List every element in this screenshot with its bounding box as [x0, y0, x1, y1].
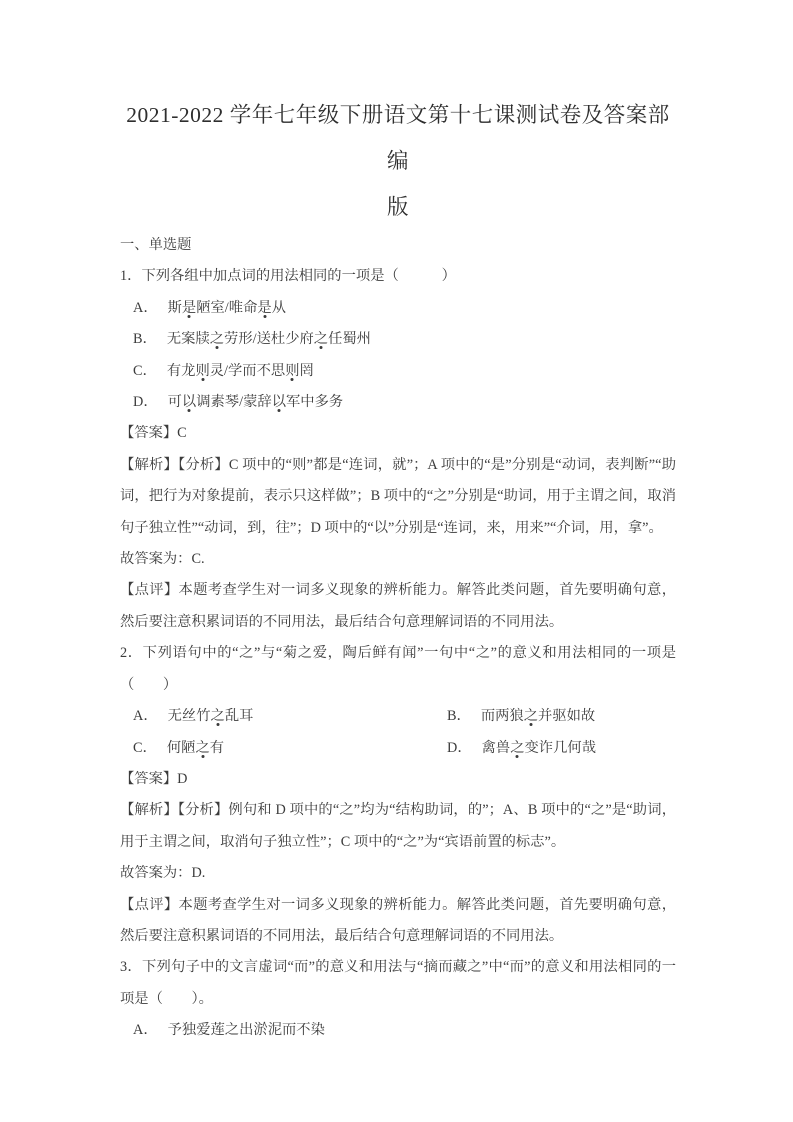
- option-c-label: C．: [133, 363, 157, 379]
- question-2-answer: 【答案】D: [120, 764, 676, 795]
- exam-document-page: 2021-2022 学年七年级下册语文第十七课测试卷及答案部编 版 一、单选题 …: [0, 0, 793, 1122]
- question-2-option-b: B．而两狼之并驱如故: [447, 701, 595, 732]
- option-b-label: B．: [447, 708, 471, 724]
- question-1-option-a: A．斯是陋室/唯命是从: [120, 293, 676, 324]
- question-1-option-b: B．无案牍之劳形/送杜少府之任蜀州: [120, 324, 676, 355]
- option-d-text: 可以调素琴/蒙辞以军中多务: [168, 394, 344, 410]
- section-heading: 一、单选题: [120, 230, 676, 261]
- question-1-option-c: C．有龙则灵/学而不思则罔: [120, 356, 676, 387]
- option-a-text: 斯是陋室/唯命是从: [168, 300, 286, 316]
- question-2-option-d: D．禽兽之变诈几何哉: [447, 733, 596, 764]
- option-a-label: A．: [133, 708, 158, 724]
- option-b-label: B．: [133, 331, 157, 347]
- option-b-text: 无案牍之劳形/送杜少府之任蜀州: [167, 331, 371, 347]
- question-1-answer: 【答案】C: [120, 418, 676, 449]
- option-a-text: 予独爱莲之出淤泥而不染: [168, 1022, 325, 1038]
- question-3-stem: 3．下列句子中的文言虚词“而”的意义和用法与“摘而藏之”中“而”的意义和用法相同…: [120, 952, 676, 1015]
- question-2-option-a: A．无丝竹之乱耳: [133, 701, 447, 732]
- document-body: 一、单选题 1．下列各组中加点词的用法相同的一项是（ ） A．斯是陋室/唯命是从…: [120, 230, 676, 1047]
- option-c-text: 何陋之有: [167, 740, 224, 756]
- question-1-analysis: 【解析】【分析】C 项中的“则”都是“连词，就”；A 项中的“是”分别是“动词，…: [120, 450, 676, 544]
- question-1-stem: 1．下列各组中加点词的用法相同的一项是（ ）: [120, 261, 676, 292]
- title-line-1: 2021-2022 学年七年级下册语文第十七课测试卷及答案部编: [120, 92, 676, 184]
- option-a-label: A．: [133, 300, 158, 316]
- question-2-options-row-1: A．无丝竹之乱耳B．而两狼之并驱如故: [120, 701, 676, 732]
- option-a-label: A．: [133, 1022, 158, 1038]
- option-d-label: D．: [447, 740, 472, 756]
- question-2-conclusion: 故答案为：D.: [120, 858, 676, 889]
- title-line-2: 版: [120, 184, 676, 230]
- question-2-analysis: 【解析】【分析】例句和 D 项中的“之”均为“结构助词，的”；A、B 项中的“之…: [120, 795, 676, 858]
- question-2-stem: 2．下列语句中的“之”与“菊之爱，陶后鲜有闻”一句中“之”的意义和用法相同的一项…: [120, 638, 676, 701]
- question-1-conclusion: 故答案为：C.: [120, 544, 676, 575]
- question-1-comment: 【点评】本题考查学生对一词多义现象的辨析能力。解答此类问题，首先要明确句意，然后…: [120, 575, 676, 638]
- option-a-text: 无丝竹之乱耳: [168, 708, 254, 724]
- question-3-option-a: A．予独爱莲之出淤泥而不染: [120, 1015, 676, 1046]
- document-title: 2021-2022 学年七年级下册语文第十七课测试卷及答案部编 版: [120, 92, 676, 230]
- option-d-label: D．: [133, 394, 158, 410]
- option-c-text: 有龙则灵/学而不思则罔: [167, 363, 314, 379]
- question-2-comment: 【点评】本题考查学生对一词多义现象的辨析能力。解答此类问题，首先要明确句意，然后…: [120, 890, 676, 953]
- option-c-label: C．: [133, 740, 157, 756]
- question-2-option-c: C．何陋之有: [133, 733, 447, 764]
- option-d-text: 禽兽之变诈几何哉: [482, 740, 596, 756]
- question-1-option-d: D．可以调素琴/蒙辞以军中多务: [120, 387, 676, 418]
- question-2-options-row-2: C．何陋之有D．禽兽之变诈几何哉: [120, 733, 676, 764]
- option-b-text: 而两狼之并驱如故: [481, 708, 595, 724]
